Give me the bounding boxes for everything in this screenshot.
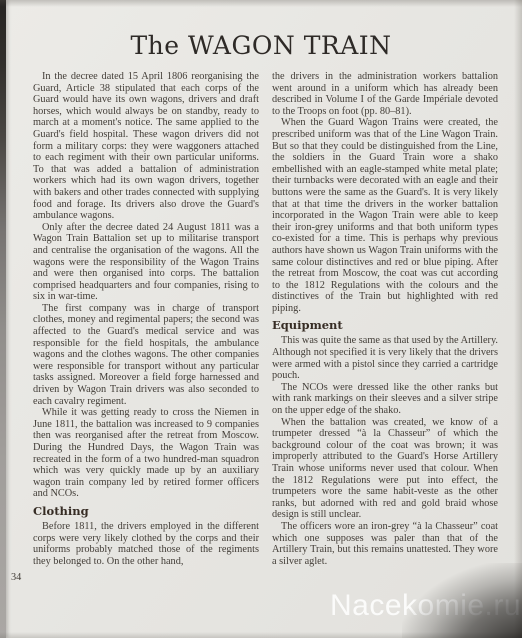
paragraph: The first company was in charge of trans…	[33, 303, 259, 407]
paragraph: Before 1811, the drivers employed in the…	[33, 521, 259, 567]
paragraph: Only after the decree dated 24 August 18…	[33, 222, 259, 303]
binding-edge-shadow	[0, 0, 6, 638]
top-edge-shadow	[0, 0, 522, 7]
paragraph: While it was getting ready to cross the …	[33, 407, 259, 500]
paragraph: In the decree dated 15 April 1806 reorga…	[33, 71, 259, 222]
page-number: 34	[11, 572, 21, 583]
paragraph: This was quite the same as that used by …	[272, 335, 498, 381]
book-page: The WAGON TRAIN In the decree dated 15 A…	[0, 0, 522, 638]
page-title: The WAGON TRAIN	[0, 32, 522, 60]
bottom-right-corner-shadow	[402, 563, 522, 638]
right-edge-shadow	[514, 0, 522, 638]
text-columns: In the decree dated 15 April 1806 reorga…	[33, 71, 499, 567]
section-heading-clothing: Clothing	[33, 505, 259, 518]
paragraph: When the Guard Wagon Trains were created…	[272, 117, 498, 314]
paragraph: The officers wore an iron-grey “à la Cha…	[272, 521, 498, 567]
paragraph: When the battalion was created, we know …	[272, 417, 498, 521]
left-column: In the decree dated 15 April 1806 reorga…	[33, 71, 259, 567]
paragraph: The NCOs were dressed like the other ran…	[272, 382, 498, 417]
section-heading-equipment: Equipment	[272, 319, 498, 332]
paragraph: the drivers in the administration worker…	[272, 71, 498, 117]
right-column: the drivers in the administration worker…	[272, 71, 498, 567]
